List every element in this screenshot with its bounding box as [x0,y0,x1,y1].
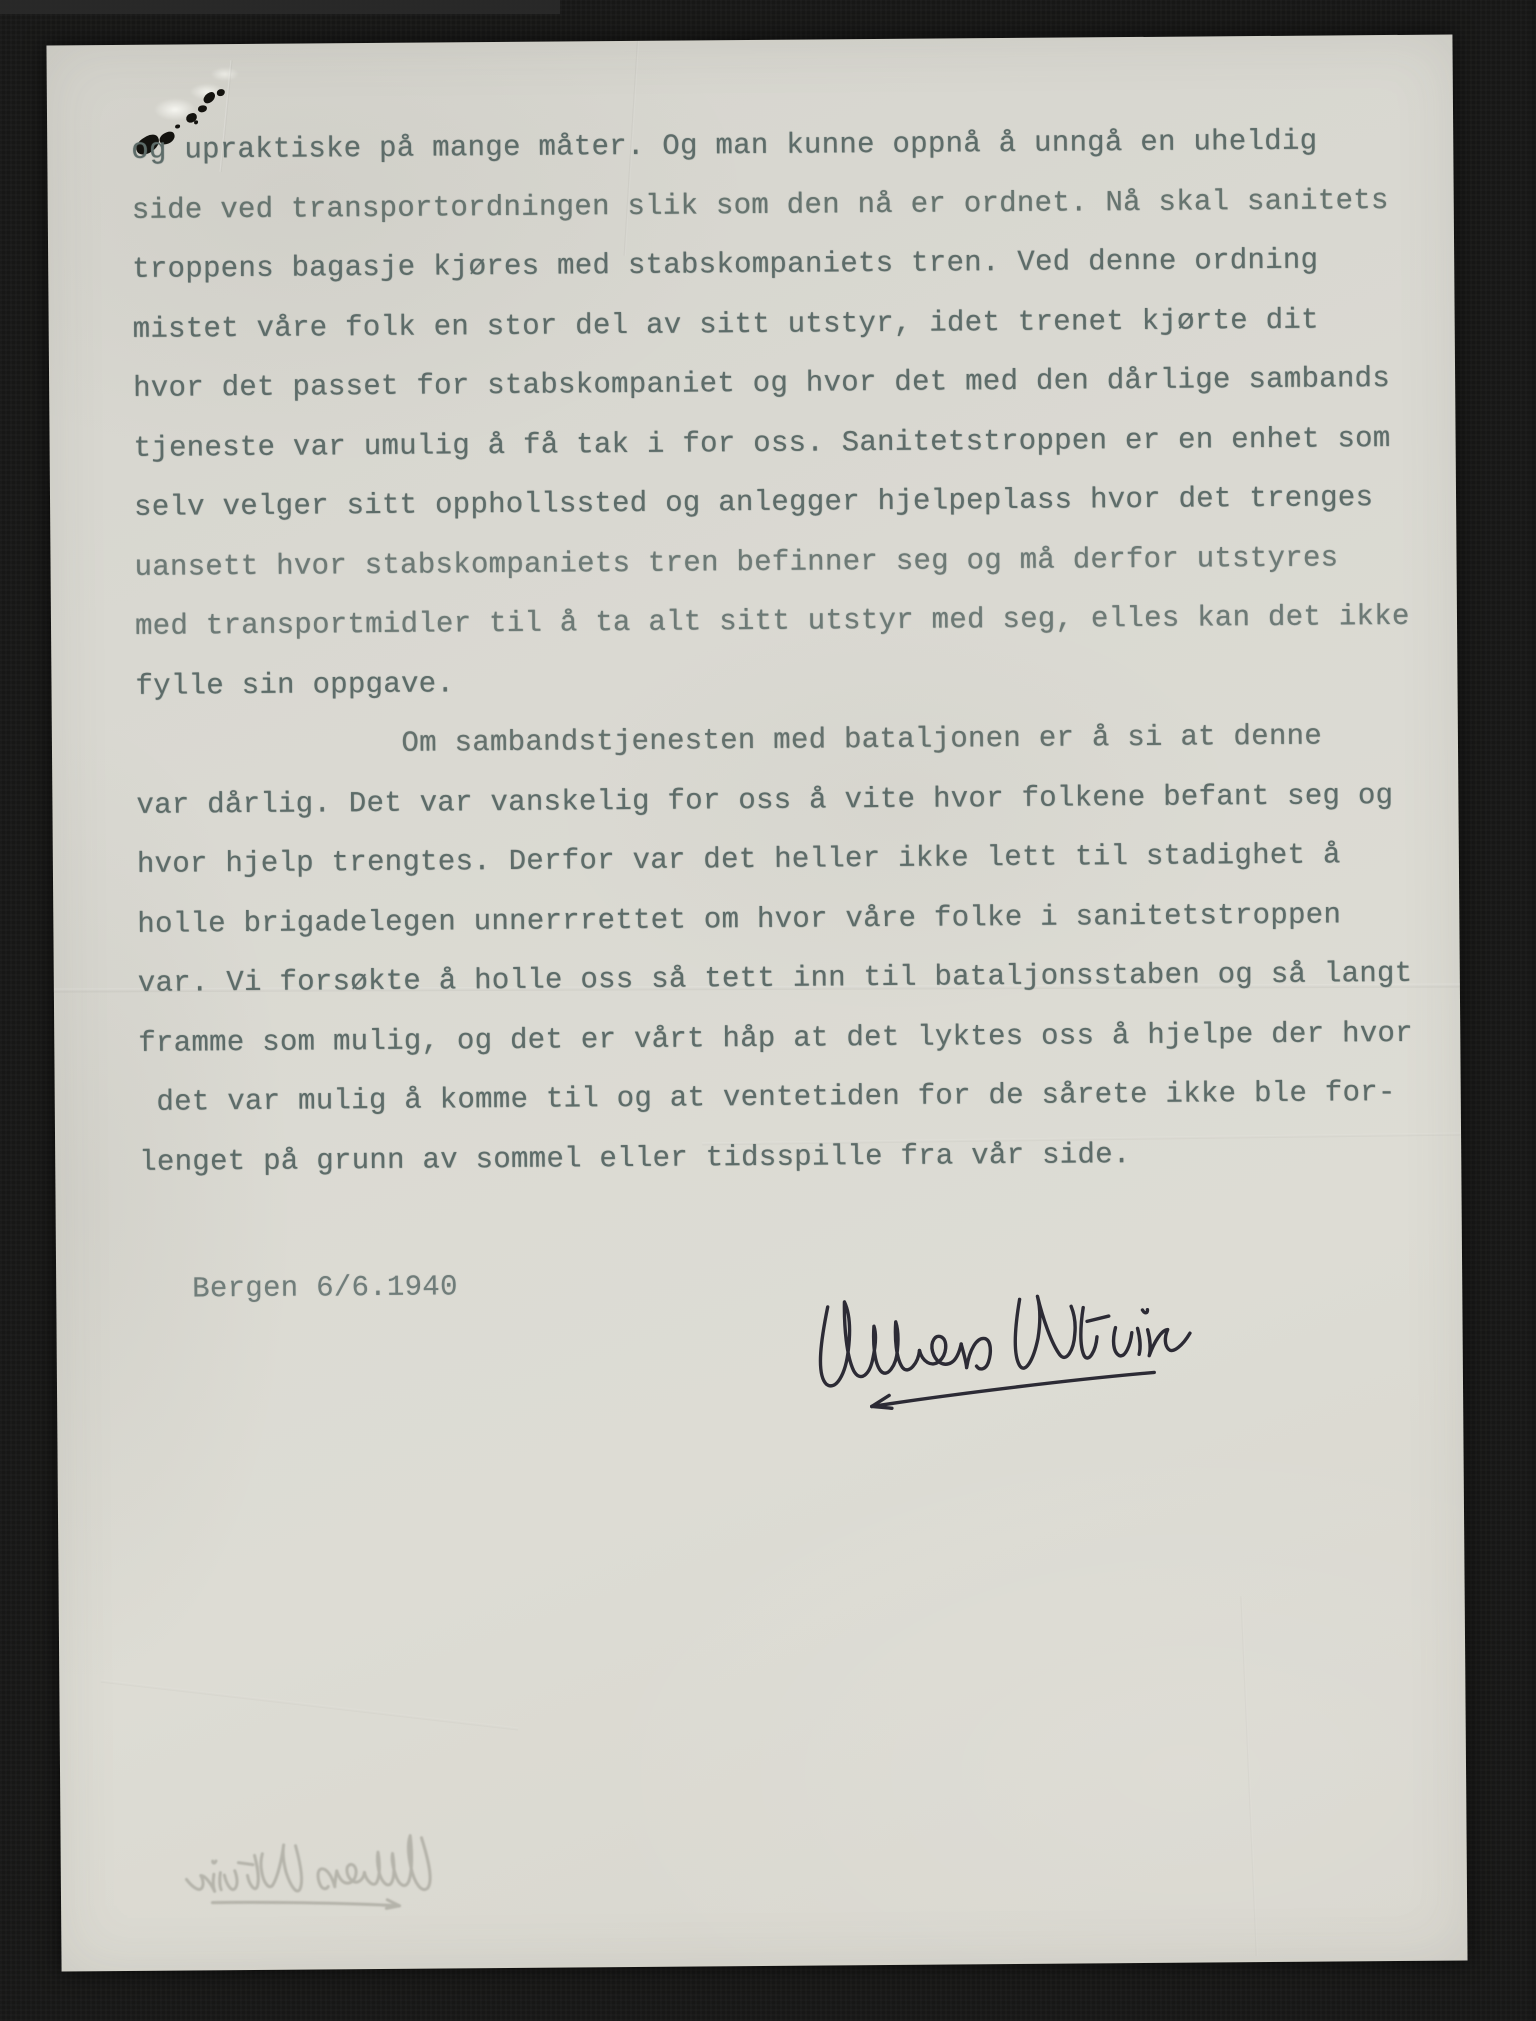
text-line: det var mulig å komme til og at ventetid… [139,1062,1469,1132]
photo-edge-strip [0,0,560,14]
text-line: var. Vi forsøkte å holle oss så tett inn… [138,943,1468,1013]
paper-crease [1240,1596,1257,1956]
text-line: selv velger sitt opphollssted og anlegge… [134,467,1464,537]
text-line: og upraktiske på mange måter. Og man kun… [131,110,1461,180]
dateline: Bergen 6/6.1940 [192,1270,458,1305]
text-line: med transportmidler til å ta alt sitt ut… [135,586,1465,656]
text-line: mistet våre folk en stor del av sitt uts… [132,289,1462,359]
paper-crease [101,1680,519,1731]
archive-photo-background: og upraktiske på mange måter. Og man kun… [0,0,1536,2021]
text-line: troppens bagasje kjøres med stabskompani… [132,229,1462,299]
text-line: tjeneste var umulig å få tak i for oss. … [133,408,1463,478]
text-line: Om sambandstjenesten med bataljonen er å… [136,705,1466,775]
text-line: fylle sin oppgave. [135,646,1465,716]
text-line: hvor hjelp trengtes. Derfor var det hell… [137,824,1467,894]
text-line: var dårlig. Det var vanskelig for oss å … [136,765,1466,835]
ink-showthrough-mirrored [153,1827,457,1932]
text-line: hvor det passet for stabskompaniet og hv… [133,348,1463,418]
text-line: framme som mulig, og det er vårt håp at … [138,1003,1468,1073]
signature-handwriting [801,1270,1221,1435]
ink-blot-marks [46,35,1452,46]
text-line: holle brigadelegen unnerrrettet om hvor … [137,884,1467,954]
document-page: og upraktiske på mange måter. Og man kun… [46,35,1467,1972]
typewritten-text: og upraktiske på mange måter. Og man kun… [131,110,1469,1191]
text-line: uansett hvor stabskompaniets tren befinn… [134,527,1464,597]
signature-strokes [817,1281,1194,1412]
text-line: lenget på grunn av sommel eller tidsspil… [139,1122,1469,1192]
text-line: side ved transportordningen slik som den… [132,170,1462,240]
